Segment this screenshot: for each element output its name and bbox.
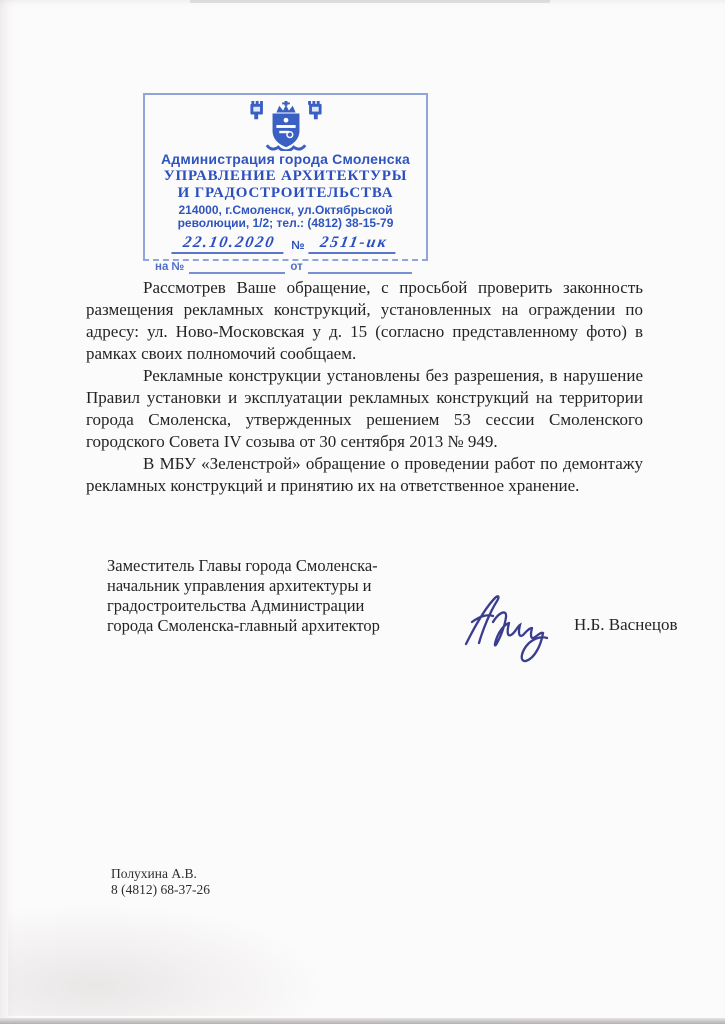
smolensk-coat-of-arms-icon xyxy=(247,101,325,151)
registration-stamp: Администрация города Смоленска УПРАВЛЕНИ… xyxy=(143,93,428,261)
stamp-number-sign: № xyxy=(291,238,304,254)
stamp-dept-line-1: УПРАВЛЕНИЕ АРХИТЕКТУРЫ xyxy=(145,169,426,184)
paragraph-3: В МБУ «Зеленстрой» обращение о проведени… xyxy=(86,453,643,497)
signature-title-line-4: города Смоленска-главный архитектор xyxy=(107,616,447,636)
paragraph-2: Рекламные конструкции установлены без ра… xyxy=(86,365,643,453)
scan-artifact-bottom-left xyxy=(8,896,348,1016)
executor-name: Полухина А.В. xyxy=(111,866,210,882)
stamp-reference-row: на № от xyxy=(145,261,426,274)
signer-name: Н.Б. Васнецов xyxy=(574,615,678,635)
scanned-letter-page: Администрация города Смоленска УПРАВЛЕНИ… xyxy=(0,0,725,1024)
stamp-date-number-row: 22.10.2020 № 2511-ик xyxy=(145,234,426,254)
executor-block: Полухина А.В. 8 (4812) 68-37-26 xyxy=(111,866,210,897)
scan-edge-bottom xyxy=(0,1018,725,1024)
scan-artifact-top xyxy=(190,0,550,3)
handwritten-signature-icon xyxy=(458,592,573,664)
stamp-org-name: Администрация города Смоленска xyxy=(145,152,426,167)
signature-title-line-3: градостроительства Администрации xyxy=(107,596,447,616)
stamp-dept-line-2: И ГРАДОСТРОИТЕЛЬСТВА xyxy=(145,186,426,201)
stamp-address-line-2: революции, 1/2; тел.: (4812) 38-15-79 xyxy=(145,217,426,230)
stamp-handwritten-number: 2511-ик xyxy=(309,234,400,254)
stamp-ref-blank-number xyxy=(189,263,285,274)
executor-phone: 8 (4812) 68-37-26 xyxy=(111,882,210,898)
stamp-handwritten-date: 22.10.2020 xyxy=(171,234,287,254)
stamp-ref-label: на № xyxy=(155,261,184,274)
stamp-ref-from-label: от xyxy=(290,261,302,274)
signature-title-line-1: Заместитель Главы города Смоленска- xyxy=(107,556,447,576)
signature-title-line-2: начальник управления архитектуры и xyxy=(107,576,447,596)
paragraph-1: Рассмотрев Ваше обращение, с просьбой пр… xyxy=(86,277,643,365)
letter-body: Рассмотрев Ваше обращение, с просьбой пр… xyxy=(86,277,643,497)
stamp-ref-blank-date xyxy=(308,263,412,274)
signature-title-block: Заместитель Главы города Смоленска- нача… xyxy=(107,556,447,636)
